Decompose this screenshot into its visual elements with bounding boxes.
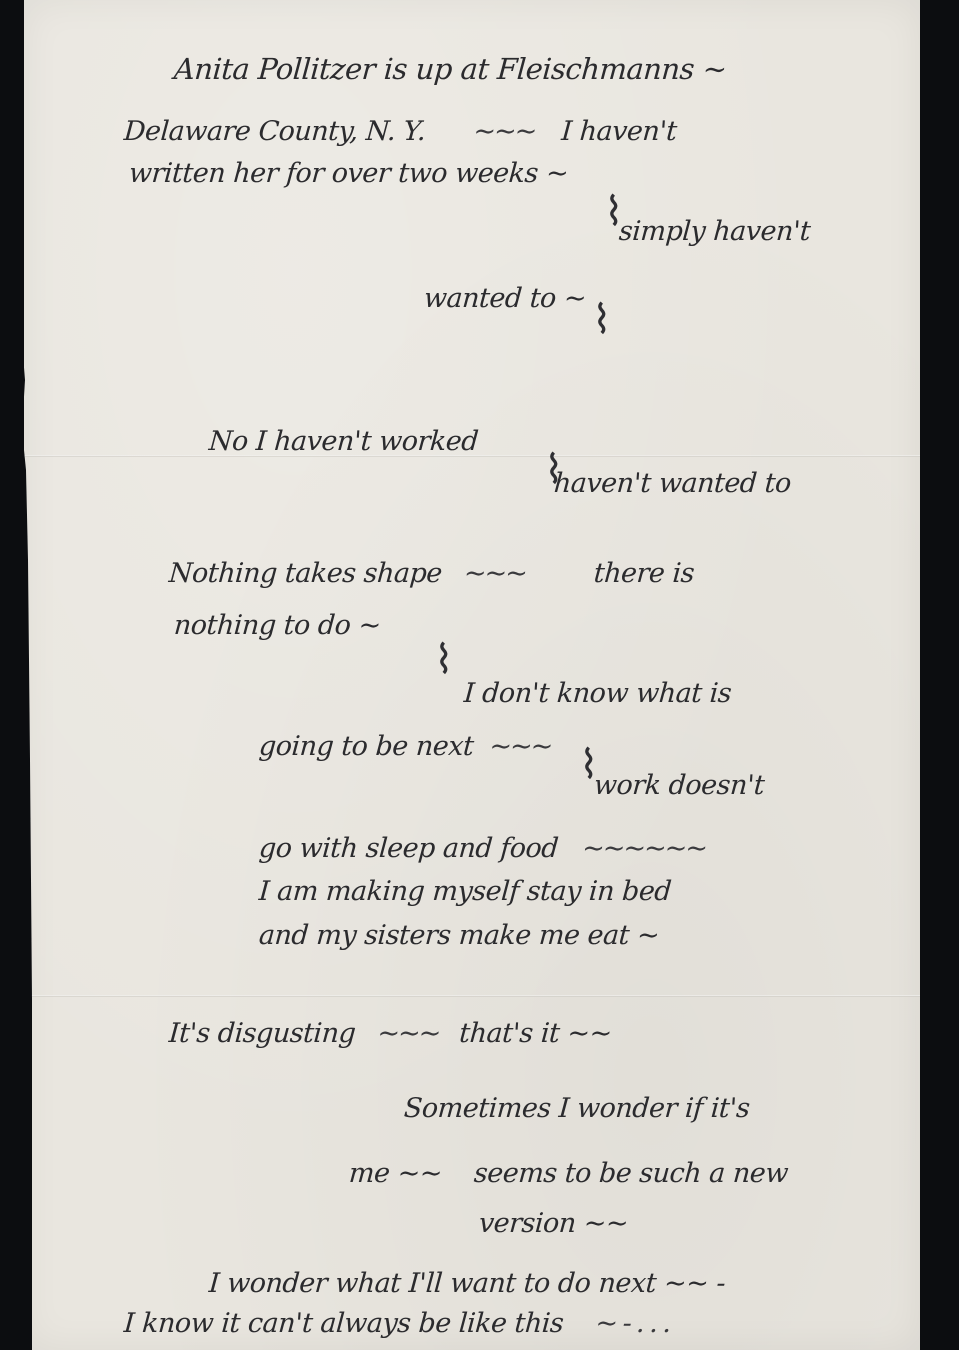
handwritten-line: going to be next ~~~ [258,733,552,760]
handwritten-line: Nothing takes shape ~~~ there is [168,560,695,587]
letter-paper-sheet: Anita Pollitzer is up at Fleischmanns ~ … [24,0,920,1350]
handwritten-line: I don't know what is [463,680,732,707]
line-text: Nothing takes shape [168,558,443,589]
line-text: Delaware County, N. Y. [123,116,427,147]
handwritten-line: written her for over two weeks ~ [128,160,569,187]
handwritten-line: I am making myself stay in bed [258,878,672,905]
line-dash: ~~~ [376,1018,440,1049]
scanned-letter-viewport: Anita Pollitzer is up at Fleischmanns ~ … [0,0,959,1350]
line-dash: ~~~ [463,558,527,589]
handwritten-line: Delaware County, N. Y. ~~~ I haven't [123,118,677,145]
fold-line-lower [24,995,920,997]
line-dash: ~~~~~~ [581,833,707,864]
handwritten-line: wanted to ~ [423,285,587,312]
handwritten-line: me ~~ seems to be such a new [348,1160,789,1187]
line-text: I know it can't always be like this [123,1308,565,1339]
line-text: me ~~ [348,1158,443,1189]
squiggle-connector: ⌇ [592,300,612,340]
line-text-continued: seems to be such a new [473,1158,789,1189]
handwritten-line: I wonder what I'll want to do next ~~ - [208,1270,726,1297]
line-text-continued: there is [593,558,695,589]
line-dash: ~ - . . . [594,1308,670,1339]
line-text: going to be next [258,731,475,762]
handwritten-line: work doesn't [593,772,765,799]
handwritten-line: haven't wanted to [553,470,792,497]
handwritten-line: No I haven't worked [208,428,479,455]
line-text-continued: I haven't [560,116,677,147]
line-text: go with sleep and food [258,833,559,864]
handwritten-line: It's disgusting ~~~ that's it ~~ [168,1020,613,1047]
handwritten-line: nothing to do ~ [173,612,382,639]
handwritten-line: and my sisters make me eat ~ [258,922,660,949]
handwritten-line: version ~~ [478,1210,629,1237]
handwritten-line: simply haven't [618,218,811,245]
squiggle-connector: ⌇ [434,640,454,680]
line-text-continued: that's it ~~ [458,1018,613,1049]
line-text: It's disgusting [168,1018,357,1049]
handwritten-line: I know it can't always be like this ~ - … [123,1310,670,1337]
line-dash: ~~~ [488,731,552,762]
handwritten-line: Anita Pollitzer is up at Fleischmanns ~ [173,55,728,84]
line-dash: ~~~ [472,116,536,147]
handwritten-line: go with sleep and food ~~~~~~ [258,835,707,862]
handwritten-line: Sometimes I wonder if it's [403,1095,750,1122]
